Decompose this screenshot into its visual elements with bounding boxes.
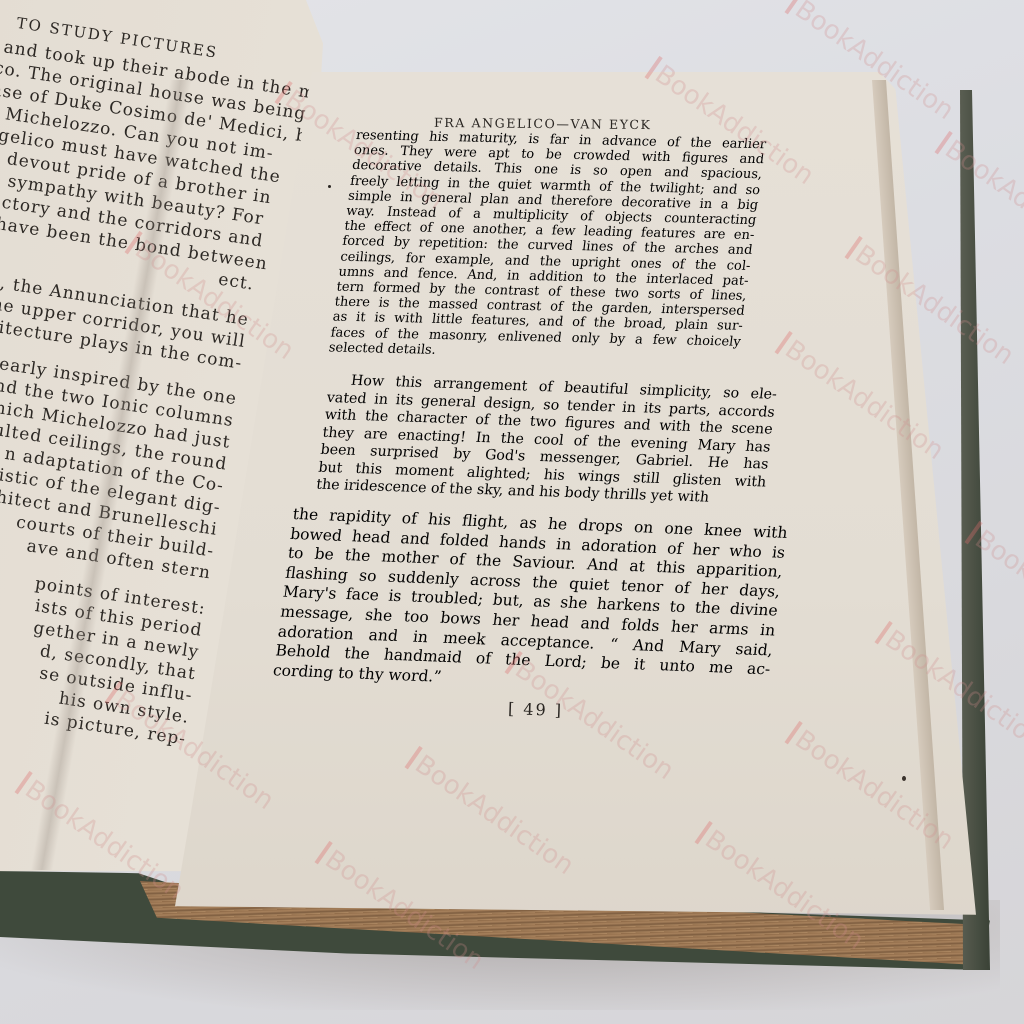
paper-speck xyxy=(902,776,906,781)
photo-scene: TO STUDY PICTURES e and took up their ab… xyxy=(0,0,1024,1024)
paragraph-2b: the rapidity of his flight, as he drops … xyxy=(272,505,789,700)
paragraph-1: resenting his maturity, is far in advanc… xyxy=(328,128,767,365)
page-number: [ 49 ] xyxy=(508,699,564,720)
watermark: BookAddiction xyxy=(933,130,1024,266)
paragraph-2a: How this arrangement of beautiful simpli… xyxy=(315,372,778,509)
margin-mark xyxy=(328,185,331,188)
